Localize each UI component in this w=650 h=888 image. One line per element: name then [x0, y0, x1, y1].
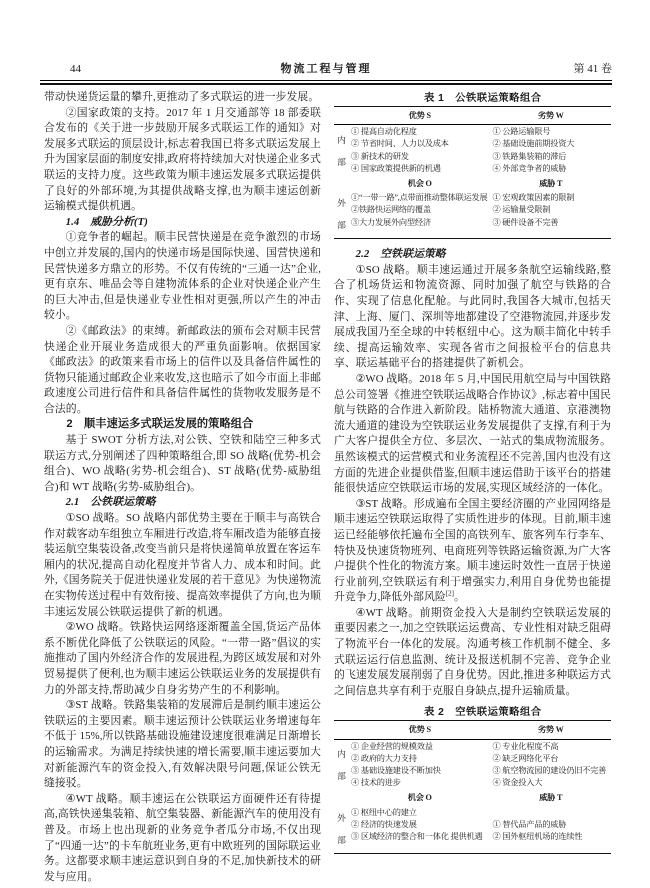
table-item: ②铁路快运网络的覆盖 — [351, 204, 488, 216]
table-1-subheader-row: 机会 O 威胁 T — [334, 177, 611, 191]
table-1-internal-strengths: ① 提高自动化程度② 节省时间、人力以及成本③ 新技术的研发④ 国家政策提供新的… — [349, 126, 490, 175]
paragraph: ①SO 战略。顺丰速运通过开展多条航空运输线路,整合了机场货运和物流资源、同时加… — [334, 263, 611, 372]
table-2-col-weakness: 劣势 W — [490, 724, 611, 736]
paragraph: ②WO 战略。2018 年 5 月,中国民用航空局与中国铁路总公司签署《推进空铁… — [334, 372, 611, 497]
left-column: 带动快递货运量的攀升,更推动了多式联运的进一步发展。 ②国家政策的支持。2017… — [44, 90, 321, 885]
table-item: ① 企业经营的规模效益 — [351, 741, 488, 753]
paragraph: ②《邮政法》的束缚。新邮政法的颁布会对顺丰民营快递企业开展业务造成很大的严重负面… — [44, 324, 321, 418]
table-1-external-threats: ① 宏观政策因素的限制② 运输量受限制③ 硬件设备不完善 — [490, 192, 611, 236]
paragraph: ④WT 战略。顺丰速运在公铁联运方面硬件还有待提高,高铁快递集装箱、航空集装器、… — [44, 792, 321, 886]
table-item: ② 运输量受限制 — [492, 204, 609, 216]
paragraph-text: 。 — [454, 591, 465, 603]
table-corner-cell — [334, 178, 349, 190]
table-item: ④ 外部竞争者的威胁 — [492, 163, 609, 175]
table-item: ② 国外枢纽机场的连续性 — [492, 831, 609, 843]
paragraph: ③ST 战略。形成遍布全国主要经济圈的产业园网络是顺丰速运空铁联运取得了实质性进… — [334, 497, 611, 606]
table-2-subheader-row: 机会 O 威胁 T — [334, 791, 611, 805]
table-2-external-opportunities: ① 枢纽中心的建立② 经济的快速发展③ 区域经济的整合和一体化 提供机遇 — [349, 807, 490, 851]
table-2-swot: 优势 S 劣势 W 内部 ① 企业经营的规模效益② 政府的大力支持③ 基础设施建… — [334, 720, 611, 853]
section-heading-2-2: 2.2 空铁联运策略 — [334, 247, 611, 263]
table-item: ② 基础设施前期投资大 — [492, 138, 609, 150]
table-2: 表 2 空铁联运策略组合 优势 S 劣势 W 内部 ① 企业经营的规模效益② 政… — [334, 706, 611, 853]
table-item: ② 缺乏网络化平台 — [492, 753, 609, 765]
table-1-row-label-internal: 内部 — [334, 126, 349, 175]
journal-title: 物流工程与管理 — [130, 60, 522, 76]
paragraph-text: ③ST 战略。形成遍布全国主要经济圈的产业园网络是顺丰速运空铁联运取得了实质性进… — [334, 498, 611, 604]
paragraph: ④WT 战略。前期资金投入大是制约空铁联运发展的重要因素之一,加之空铁联运运费高… — [334, 606, 611, 700]
paragraph: ①竞争者的崛起。顺丰民营快递是在竞争激烈的市场中创立并发展的,国内的快递市场是国… — [44, 230, 321, 324]
table-item: ③ 基础设施建设不断加快 — [351, 765, 488, 777]
page-body: 带动快递货运量的攀升,更推动了多式联运的进一步发展。 ②国家政策的支持。2017… — [44, 90, 611, 885]
table-item: ① 宏观政策因素的限制 — [492, 192, 609, 204]
table-1: 表 1 公铁联运策略组合 优势 S 劣势 W 内部 ① 提高自动化程度② 节省时… — [334, 92, 611, 239]
table-corner-cell — [334, 110, 349, 122]
table-1-internal-row: 内部 ① 提高自动化程度② 节省时间、人力以及成本③ 新技术的研发④ 国家政策提… — [334, 125, 611, 177]
table-item: ② 节省时间、人力以及成本 — [351, 138, 488, 150]
table-2-header-row: 优势 S 劣势 W — [334, 721, 611, 739]
table-2-internal-weaknesses: ① 专业化程度不高② 缺乏网络化平台③ 航空物流园的建设仍旧不完善④ 资金投入大 — [490, 741, 611, 790]
table-item: ③ 铁路集装箱的滞后 — [492, 151, 609, 163]
table-corner-cell — [334, 724, 349, 736]
table-item: ② 经济的快速发展 — [351, 819, 488, 831]
table-2-external-threats: ① 替代品产品的威胁② 国外枢纽机场的连续性 — [490, 807, 611, 851]
table-1-col-weakness: 劣势 W — [490, 110, 611, 122]
table-item: ① 替代品产品的威胁 — [492, 819, 609, 831]
table-item: ④ 资金投入大 — [492, 777, 609, 789]
table-1-external-opportunities: ①“一带一路”,点带面推动整体联运发展②铁路快运网络的覆盖③大力发展外向型经济 — [349, 192, 490, 236]
paragraph: ①SO 战略。SO 战略内部优势主要在于顺丰与高铁合作对载客动车组独立车厢进行改… — [44, 511, 321, 620]
paragraph: 基于 SWOT 分析方法,对公铁、空铁和陆空三种多式联运方式,分别阐述了四种策略… — [44, 433, 321, 495]
table-item: ③ 硬件设备不完善 — [492, 217, 609, 229]
table-item: ① 专业化程度不高 — [492, 741, 609, 753]
header-rule-thick — [40, 83, 612, 85]
table-1-header-row: 优势 S 劣势 W — [334, 107, 611, 125]
volume-label: 第 41 卷 — [522, 60, 612, 76]
table-corner-cell — [334, 792, 349, 804]
section-heading-1-4: 1.4 威胁分析(T) — [44, 215, 321, 231]
paragraph: 带动快递货运量的攀升,更推动了多式联运的进一步发展。 — [44, 90, 321, 106]
table-item: ① 公路运输限号 — [492, 126, 609, 138]
table-1-row-label-external: 外部 — [334, 192, 349, 236]
table-1-title: 表 1 公铁联运策略组合 — [334, 92, 611, 106]
paragraph: ②国家政策的支持。2017 年 1 月交通部等 18 部委联合发布的《关于进一步… — [44, 106, 321, 215]
table-1-col-strength: 优势 S — [349, 110, 490, 122]
paragraph: ③ST 战略。铁路集装箱的发展滞后是制约顺丰速运公铁联运的主要因素。顺丰速运预计… — [44, 698, 321, 792]
table-1-internal-weaknesses: ① 公路运输限号② 基础设施前期投资大③ 铁路集装箱的滞后④ 外部竞争者的威胁 — [490, 126, 611, 175]
table-2-internal-strengths: ① 企业经营的规模效益② 政府的大力支持③ 基础设施建设不断加快④ 技术的进步 — [349, 741, 490, 790]
header-rule-thin — [40, 80, 612, 81]
table-2-row-label-external: 外部 — [334, 807, 349, 851]
right-column: 表 1 公铁联运策略组合 优势 S 劣势 W 内部 ① 提高自动化程度② 节省时… — [334, 90, 611, 885]
table-1-swot: 优势 S 劣势 W 内部 ① 提高自动化程度② 节省时间、人力以及成本③ 新技术… — [334, 106, 611, 239]
running-head: 44 物流工程与管理 第 41 卷 — [40, 60, 612, 85]
table-item: ③ 新技术的研发 — [351, 151, 488, 163]
table-2-internal-row: 内部 ① 企业经营的规模效益② 政府的大力支持③ 基础设施建设不断加快④ 技术的… — [334, 740, 611, 792]
table-item: ① 枢纽中心的建立 — [351, 807, 488, 819]
table-2-col-threat: 威胁 T — [490, 792, 611, 804]
table-item: ① 提高自动化程度 — [351, 126, 488, 138]
table-2-title: 表 2 空铁联运策略组合 — [334, 706, 611, 720]
table-2-external-row: 外部 ① 枢纽中心的建立② 经济的快速发展③ 区域经济的整合和一体化 提供机遇 … — [334, 806, 611, 853]
section-heading-2: 2 顺丰速运多式联运发展的策略组合 — [44, 417, 321, 433]
table-1-col-threat: 威胁 T — [490, 178, 611, 190]
table-item: ④ 技术的进步 — [351, 777, 488, 789]
page-number: 44 — [40, 63, 130, 75]
table-item: ①“一带一路”,点带面推动整体联运发展 — [351, 192, 488, 204]
journal-page: 44 物流工程与管理 第 41 卷 带动快递货运量的攀升,更推动了多式联运的进一… — [0, 0, 650, 888]
table-item: ③ 航空物流园的建设仍旧不完善 — [492, 765, 609, 777]
paragraph: ②WO 战略。铁路快运网络逐渐覆盖全国,货运产品体系不断优化降低了公铁联运的风险… — [44, 620, 321, 698]
table-1-external-row: 外部 ①“一带一路”,点带面推动整体联运发展②铁路快运网络的覆盖③大力发展外向型… — [334, 191, 611, 238]
table-1-col-opportunity: 机会 O — [349, 178, 490, 190]
section-heading-2-1: 2.1 公铁联运策略 — [44, 495, 321, 511]
table-item: ④ 国家政策提供新的机遇 — [351, 163, 488, 175]
table-2-row-label-internal: 内部 — [334, 741, 349, 790]
table-item: ② 政府的大力支持 — [351, 753, 488, 765]
table-item: ③ 区域经济的整合和一体化 提供机遇 — [351, 831, 488, 843]
table-2-col-opportunity: 机会 O — [349, 792, 490, 804]
table-item: ③大力发展外向型经济 — [351, 217, 488, 229]
citation-marker: [2] — [446, 590, 454, 598]
table-2-col-strength: 优势 S — [349, 724, 490, 736]
